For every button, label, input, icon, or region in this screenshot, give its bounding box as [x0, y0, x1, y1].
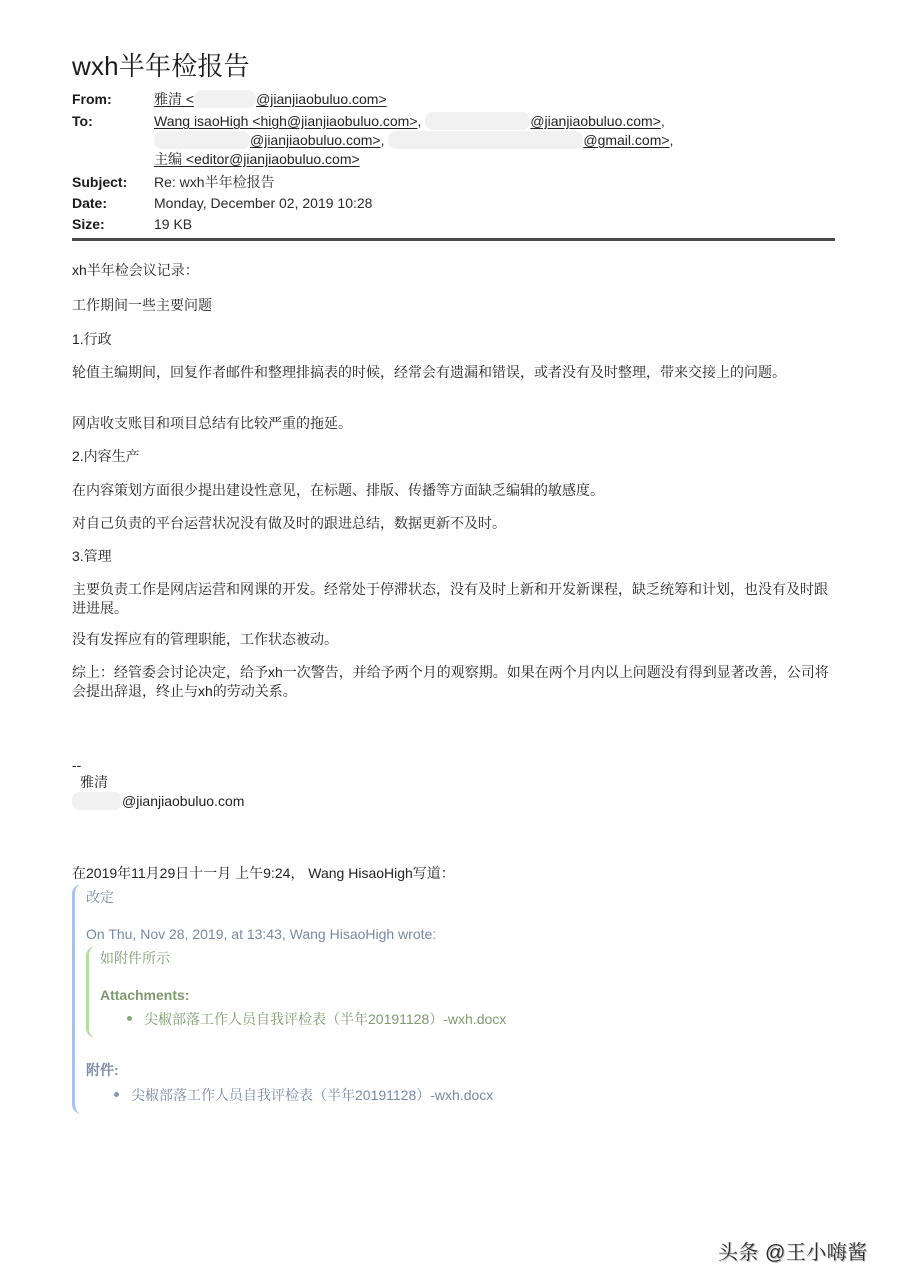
section-heading-admin: 1.行政 — [72, 330, 832, 349]
attachment-filename[interactable]: 尖椒部落工作人员自我评检表（半年20191128）-wxh.docx — [131, 1087, 493, 1103]
body-subtitle: 工作期间一些主要问题 — [72, 296, 832, 315]
to-recipient-2[interactable]: @jianjiaobuluo.com> — [530, 113, 661, 129]
watermark: 头条 @王小嗨酱 — [718, 1236, 868, 1265]
body-paragraph: 没有发挥应有的管理职能，工作状态被动。 — [72, 630, 832, 649]
body-paragraph: 在内容策划方面很少提出建设性意见，在标题、排版、传播等方面缺乏编辑的敏感度。 — [72, 481, 832, 500]
date-value: Monday, December 02, 2019 10:28 — [154, 193, 372, 213]
body-conclusion: 综上：经管委会讨论决定，给予xh一次警告，并给予两个月的观察期。如果在两个月内以… — [72, 663, 832, 701]
size-label: Size: — [72, 214, 105, 234]
bullet-icon — [114, 1092, 119, 1097]
attachment-item[interactable]: 尖椒部落工作人员自我评检表（半年20191128）-wxh.docx — [114, 1086, 493, 1105]
to-recipient-4[interactable]: @gmail.com> — [583, 132, 669, 148]
body-paragraph: 主要负责工作是网店运营和网课的开发。经常处于停滞状态，没有及时上新和开发新课程，… — [72, 580, 832, 618]
signature-email-domain: @jianjiaobuluo.com — [122, 793, 244, 809]
subject-label: Subject: — [72, 172, 127, 192]
to-recipient-1[interactable]: Wang isaoHigh <high@jianjiaobuluo.com> — [154, 113, 418, 129]
date-label: Date: — [72, 193, 107, 213]
to-line-1: Wang isaoHigh <high@jianjiaobuluo.com>, … — [154, 111, 665, 131]
from-value: 雅清 <@jianjiaobuluo.com> — [154, 89, 387, 109]
email-title: wxh半年检报告 — [72, 46, 250, 83]
from-name-link[interactable]: 雅清 < — [154, 91, 194, 107]
body-paragraph: 对自己负责的平台运营状况没有做及时的跟进总结，数据更新不及时。 — [72, 514, 832, 533]
signature-email: @jianjiaobuluo.com — [72, 792, 832, 811]
to-line-2: @jianjiaobuluo.com>, @gmail.com>, — [154, 130, 673, 150]
redacted-block — [72, 792, 122, 810]
reply-intro: 在2019年11月29日十一月 上午9:24， Wang HisaoHigh写道… — [72, 864, 832, 883]
quoted-nested-intro: On Thu, Nov 28, 2019, at 13:43, Wang His… — [86, 925, 436, 944]
separator-comma: , — [418, 113, 422, 129]
body-intro: xh半年检会议记录： — [72, 261, 832, 280]
subject-value: Re: wxh半年检报告 — [154, 172, 275, 192]
nested-attachments-label: Attachments: — [100, 986, 189, 1005]
nested-attachment-filename[interactable]: 尖椒部落工作人员自我评检表（半年20191128）-wxh.docx — [144, 1011, 506, 1027]
quoted-text: 改定 — [86, 888, 114, 907]
attachments-label: 附件: — [86, 1061, 119, 1080]
email-print-page: wxh半年检报告 From: 雅清 <@jianjiaobuluo.com> T… — [0, 0, 905, 1280]
to-recipient-5[interactable]: 主编 <editor@jianjiaobuluo.com> — [154, 151, 360, 167]
to-label: To: — [72, 111, 93, 131]
nested-attachment-item[interactable]: 尖椒部落工作人员自我评检表（半年20191128）-wxh.docx — [127, 1010, 506, 1029]
redacted-block — [425, 112, 530, 130]
signature-name: 雅清 — [80, 773, 840, 792]
redacted-block — [388, 131, 583, 149]
section-heading-management: 3.管理 — [72, 547, 832, 566]
redacted-block — [154, 131, 250, 149]
to-recipient-3[interactable]: @jianjiaobuluo.com> — [250, 132, 381, 148]
body-paragraph: 网店收支账目和项目总结有比较严重的拖延。 — [72, 414, 832, 433]
nested-quoted-text: 如附件所示 — [100, 949, 170, 968]
from-label: From: — [72, 89, 112, 109]
body-paragraph: 轮值主编期间，回复作者邮件和整理排搞表的时候，经常会有遗漏和错误，或者没有及时整… — [72, 363, 832, 382]
redacted-block — [194, 90, 256, 108]
section-heading-content: 2.内容生产 — [72, 447, 832, 466]
header-divider — [72, 238, 835, 241]
bullet-icon — [127, 1016, 132, 1021]
size-value: 19 KB — [154, 214, 192, 234]
from-domain-link[interactable]: @jianjiaobuluo.com> — [256, 91, 387, 107]
to-line-3: 主编 <editor@jianjiaobuluo.com> — [154, 149, 360, 169]
